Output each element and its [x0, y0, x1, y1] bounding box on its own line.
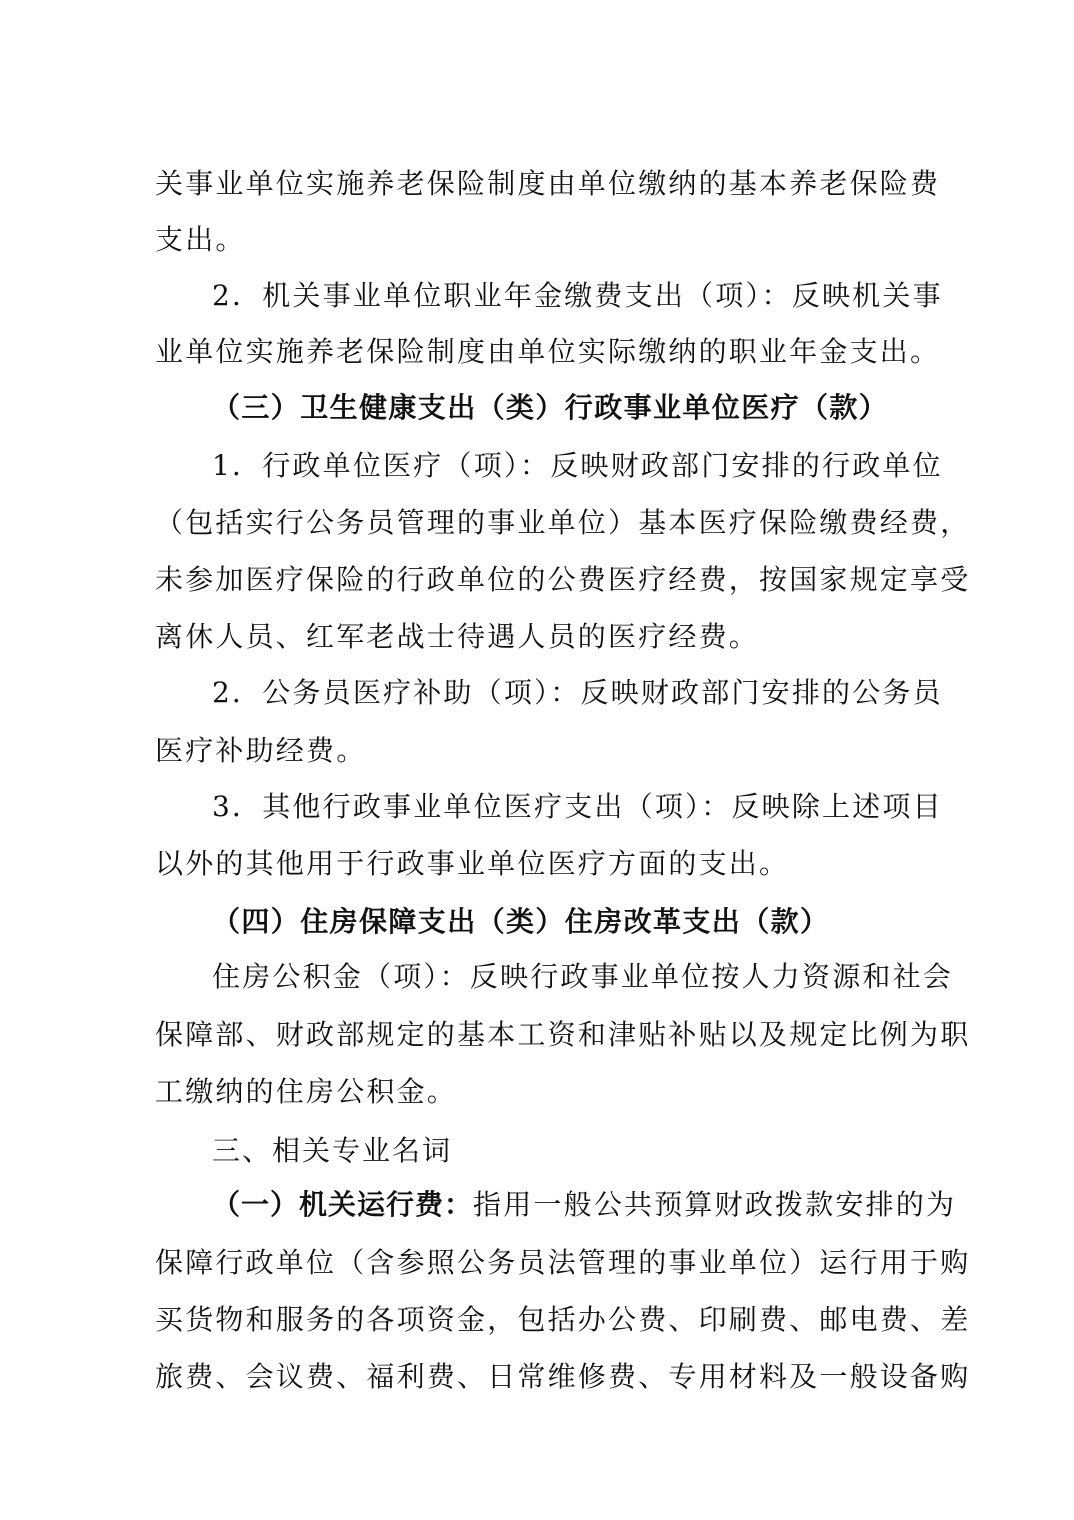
paragraph-line: 支出。	[155, 220, 920, 260]
paragraph-line: （包括实行公务员管理的事业单位）基本医疗保险缴费经费，	[155, 503, 920, 543]
paragraph-line: （一）机关运行费：指用一般公共预算财政拨款安排的为	[212, 1185, 920, 1225]
paragraph-line: 买货物和服务的各项资金，包括办公费、印刷费、邮电费、差	[155, 1300, 920, 1340]
document-page: 关事业单位实施养老保险制度由单位缴纳的基本养老保险费 支出。 2．机关事业单位职…	[0, 0, 1074, 1520]
paragraph-line: 医疗补助经费。	[155, 731, 920, 771]
paragraph-line: 以外的其他用于行政事业单位医疗方面的支出。	[155, 844, 920, 884]
paragraph-line: 旅费、会议费、福利费、日常维修费、专用材料及一般设备购	[155, 1357, 920, 1397]
paragraph-line: 住房公积金（项）：反映行政事业单位按人力资源和社会	[212, 957, 920, 997]
term-label: （一）机关运行费：	[212, 1188, 473, 1221]
paragraph-line: 3．其他行政事业单位医疗支出（项）：反映除上述项目	[212, 787, 920, 827]
paragraph-line: 关事业单位实施养老保险制度由单位缴纳的基本养老保险费	[155, 164, 920, 204]
section-heading: （四）住房保障支出（类）住房改革支出（款）	[212, 902, 920, 942]
term-definition: 指用一般公共预算财政拨款安排的为	[473, 1188, 956, 1221]
paragraph-line: 保障行政单位（含参照公务员法管理的事业单位）运行用于购	[155, 1243, 920, 1283]
paragraph-line: 1．行政单位医疗（项）：反映财政部门安排的行政单位	[212, 446, 920, 486]
section-heading: （三）卫生健康支出（类）行政事业单位医疗（款）	[212, 388, 920, 428]
paragraph-line: 未参加医疗保险的行政单位的公费医疗经费，按国家规定享受	[155, 560, 920, 600]
paragraph-line: 业单位实施养老保险制度由单位实际缴纳的职业年金支出。	[155, 332, 920, 372]
paragraph-line: 2．机关事业单位职业年金缴费支出（项）：反映机关事	[212, 276, 920, 316]
paragraph-line: 工缴纳的住房公积金。	[155, 1072, 920, 1112]
paragraph-line: 离休人员、红军老战士待遇人员的医疗经费。	[155, 617, 920, 657]
section-heading: 三、相关专业名词	[212, 1131, 920, 1171]
paragraph-line: 2．公务员医疗补助（项）：反映财政部门安排的公务员	[212, 673, 920, 713]
paragraph-line: 保障部、财政部规定的基本工资和津贴补贴以及规定比例为职	[155, 1015, 920, 1055]
